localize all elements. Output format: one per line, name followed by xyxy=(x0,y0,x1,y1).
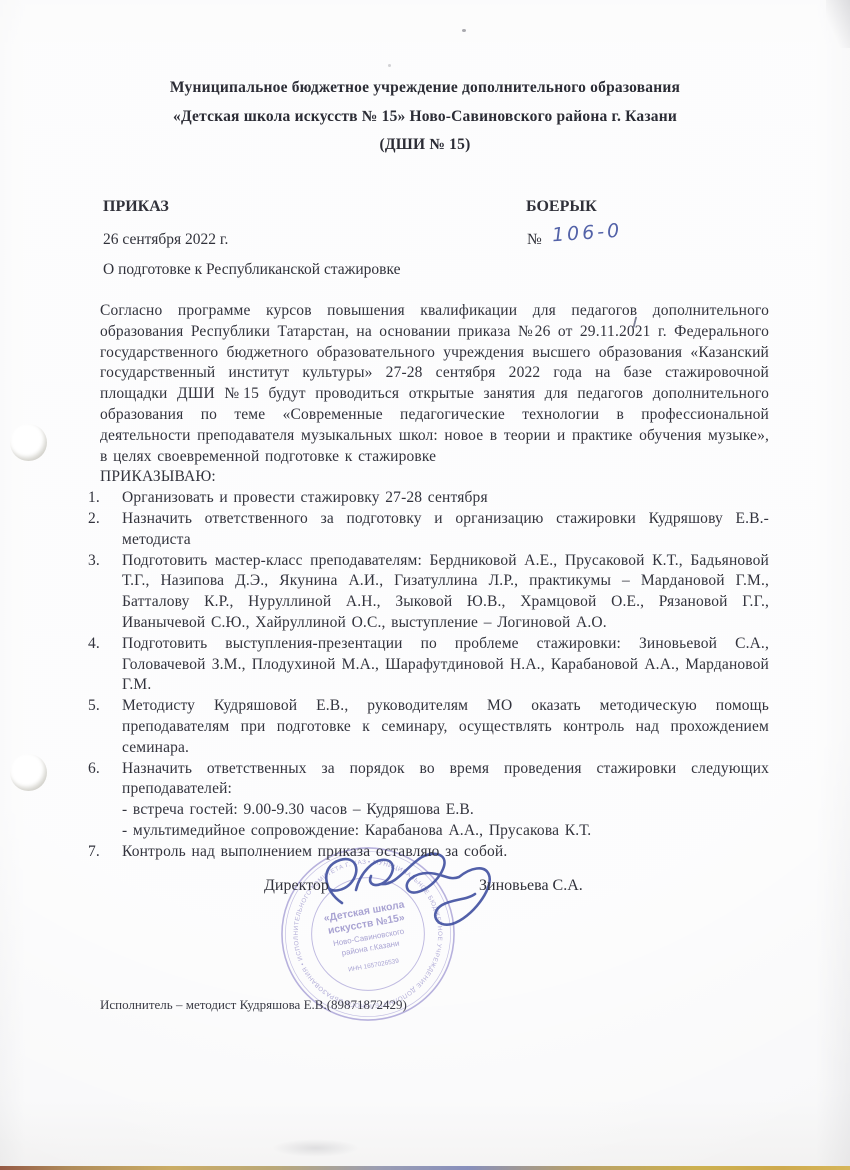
order-item-number: 7. xyxy=(88,842,100,863)
scan-edge-strip xyxy=(0,1166,850,1170)
order-item-text: Методисту Кудряшовой Е.В., руководителям… xyxy=(122,697,769,756)
order-item-text: Контроль над выполнением приказа оставля… xyxy=(122,843,507,860)
order-item-7: 7. Контроль над выполнением приказа оста… xyxy=(88,842,769,863)
order-item-4: 4. Подготовить выступления-презентации п… xyxy=(88,634,769,696)
org-name-line2: «Детская школа искусств № 15» Ново-Савин… xyxy=(0,103,850,132)
document-header: Муниципальное бюджетное учреждение допол… xyxy=(0,74,850,160)
order-item-number: 3. xyxy=(88,551,100,572)
paper-corner-fold xyxy=(826,0,850,48)
order-item-1: 1. Организовать и провести стажировку 27… xyxy=(88,488,769,509)
order-number-handwritten: 106-0 xyxy=(551,220,623,247)
order-item-2: 2. Назначить ответственного за подготовк… xyxy=(88,509,769,551)
order-item-text: Организовать и провести стажировку 27-28… xyxy=(122,489,488,506)
executor-footer: Исполнитель – методист Кудряшова Е.В.(89… xyxy=(100,997,407,1013)
order-item-number: 4. xyxy=(88,634,100,655)
scan-speck xyxy=(388,64,391,67)
punch-hole-top xyxy=(10,424,47,461)
punch-hole-bottom xyxy=(10,754,47,791)
order-item-number: 2. xyxy=(88,509,100,530)
order-item-6-subline-2: - мультимедийное сопровождение: Карабано… xyxy=(122,821,769,842)
order-item-number: 1. xyxy=(88,488,100,509)
order-items-list: 1. Организовать и провести стажировку 27… xyxy=(88,488,769,862)
order-title-russian: ПРИКАЗ xyxy=(103,198,169,216)
stamp-center-line5: ИНН 1657026539 xyxy=(348,958,400,974)
order-item-number: 5. xyxy=(88,696,100,717)
order-item-6-subline-1: - встреча гостей: 9.00-9.30 часов – Кудр… xyxy=(122,800,769,821)
order-item-text: Назначить ответственного за подготовку и… xyxy=(122,510,769,548)
scan-smudge xyxy=(258,1136,373,1160)
order-body: Согласно программе курсов повышения квал… xyxy=(88,301,769,863)
order-title-tatar: БОЕРЫК xyxy=(526,198,597,216)
order-item-number: 6. xyxy=(88,759,100,780)
scan-speck xyxy=(462,29,466,32)
order-subject: О подготовке к Республиканской стажировк… xyxy=(103,261,401,279)
order-number-label: № xyxy=(527,231,542,249)
org-name-short: (ДШИ № 15) xyxy=(0,131,850,160)
org-name-line1: Муниципальное бюджетное учреждение допол… xyxy=(0,74,850,103)
order-item-text: Подготовить мастер-класс преподавателям:… xyxy=(122,552,769,631)
scanned-order-document: Муниципальное бюджетное учреждение допол… xyxy=(0,0,850,1170)
order-item-5: 5. Методисту Кудряшовой Е.В., руководите… xyxy=(88,696,769,758)
resolution-word: ПРИКАЗЫВАЮ: xyxy=(100,467,769,488)
order-item-6: 6. Назначить ответственных за порядок во… xyxy=(88,759,769,842)
order-item-text: Назначить ответственных за порядок во вр… xyxy=(122,760,769,798)
order-item-3: 3. Подготовить мастер-класс преподавател… xyxy=(88,551,769,634)
order-item-text: Подготовить выступления-презентации по п… xyxy=(122,635,769,694)
order-preamble-paragraph: Согласно программе курсов повышения квал… xyxy=(100,301,769,467)
signature-role-label: Директор xyxy=(264,877,329,895)
order-date: 26 сентября 2022 г. xyxy=(103,231,228,249)
signature-name: Зиновьева С.А. xyxy=(479,877,583,895)
